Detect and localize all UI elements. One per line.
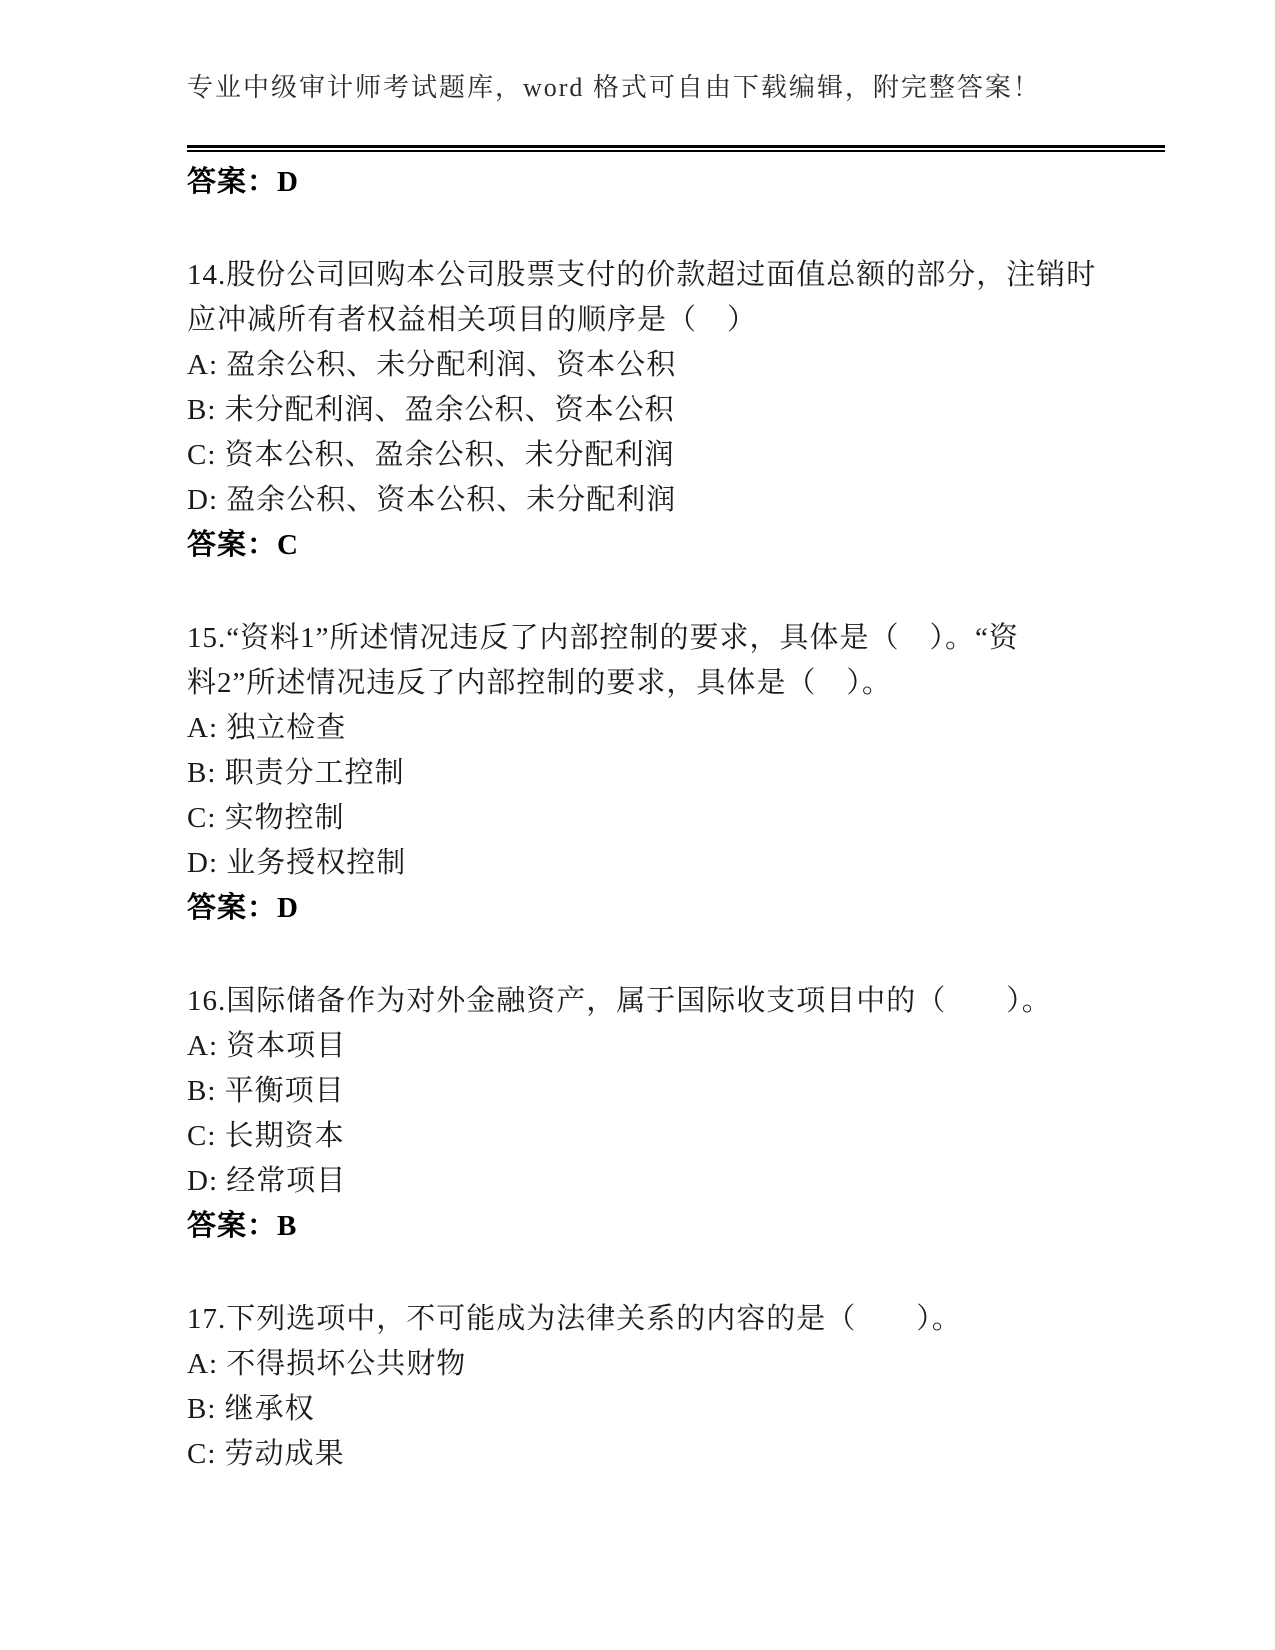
- page-header: 专业中级审计师考试题库，word 格式可自由下载编辑，附完整答案！: [187, 73, 1165, 103]
- question-line: 15.“资料1”所述情况违反了内部控制的要求，具体是（ ）。“资: [187, 616, 1165, 661]
- option-line: B: 职责分工控制: [187, 751, 1165, 796]
- option-line: C: 长期资本: [187, 1114, 1165, 1159]
- option-line: B: 平衡项目: [187, 1069, 1165, 1114]
- answer-line: 答案：C: [187, 523, 1165, 568]
- option-line: C: 资本公积、盈余公积、未分配利润: [187, 433, 1165, 478]
- question-line: 14.股份公司回购本公司股票支付的价款超过面值总额的部分，注销时: [187, 253, 1165, 298]
- answer-line: 答案：D: [187, 160, 1165, 205]
- option-line: C: 实物控制: [187, 796, 1165, 841]
- question-block-14: 14.股份公司回购本公司股票支付的价款超过面值总额的部分，注销时 应冲减所有者权…: [187, 253, 1165, 568]
- header-divider: [187, 145, 1165, 152]
- option-line: A: 盈余公积、未分配利润、资本公积: [187, 343, 1165, 388]
- question-line: 17.下列选项中，不可能成为法律关系的内容的是（ ）。: [187, 1297, 1165, 1342]
- question-line: 料2”所述情况违反了内部控制的要求，具体是（ ）。: [187, 661, 1165, 706]
- question-line: 应冲减所有者权益相关项目的顺序是（ ）: [187, 298, 1165, 343]
- option-line: A: 资本项目: [187, 1024, 1165, 1069]
- option-line: B: 未分配利润、盈余公积、资本公积: [187, 388, 1165, 433]
- option-line: A: 独立检查: [187, 706, 1165, 751]
- option-line: D: 盈余公积、资本公积、未分配利润: [187, 478, 1165, 523]
- document-page: 专业中级审计师考试题库，word 格式可自由下载编辑，附完整答案！ 答案：D 1…: [0, 0, 1275, 1650]
- question-block-16: 16.国际储备作为对外金融资产，属于国际收支项目中的（ ）。 A: 资本项目 B…: [187, 979, 1165, 1249]
- answer-line: 答案：B: [187, 1204, 1165, 1249]
- question-line: 16.国际储备作为对外金融资产，属于国际收支项目中的（ ）。: [187, 979, 1165, 1024]
- option-line: D: 业务授权控制: [187, 841, 1165, 886]
- option-line: B: 继承权: [187, 1387, 1165, 1432]
- option-line: A: 不得损坏公共财物: [187, 1342, 1165, 1387]
- answer-line: 答案：D: [187, 886, 1165, 931]
- question-block-17: 17.下列选项中，不可能成为法律关系的内容的是（ ）。 A: 不得损坏公共财物 …: [187, 1297, 1165, 1477]
- option-line: D: 经常项目: [187, 1159, 1165, 1204]
- question-block-15: 15.“资料1”所述情况违反了内部控制的要求，具体是（ ）。“资 料2”所述情况…: [187, 616, 1165, 931]
- option-line: C: 劳动成果: [187, 1432, 1165, 1477]
